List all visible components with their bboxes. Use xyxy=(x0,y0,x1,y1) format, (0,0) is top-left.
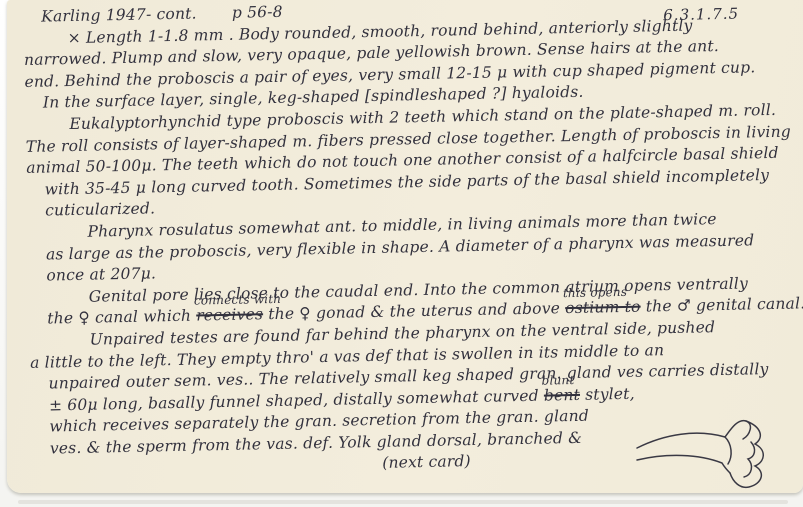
next-card-edge xyxy=(18,500,788,504)
inserted-text: connects with xyxy=(194,293,282,307)
index-card: 6.3.1.7.5 Karling 1947- cont. p 56-8 × L… xyxy=(7,0,803,493)
strikethrough-text: bent xyxy=(544,386,580,405)
index-number: 6.3.1.7.5 xyxy=(663,5,739,25)
edited-text: this opensostium to xyxy=(565,297,641,320)
stylet-sketch xyxy=(635,412,787,500)
inserted-text: this opens xyxy=(563,286,627,299)
scanned-index-card-page: 6.3.1.7.5 Karling 1947- cont. p 56-8 × L… xyxy=(0,0,803,507)
strikethrough-text: ostium to xyxy=(565,298,641,318)
text-segment: the ♀ canal which xyxy=(47,307,196,328)
text-segment: stylet, xyxy=(580,384,635,403)
text-segment: the ♂ genital canal. xyxy=(640,295,803,316)
edited-text: bluntbent xyxy=(544,385,581,407)
citation: Karling 1947- cont. xyxy=(21,4,197,26)
strikethrough-text: receives xyxy=(196,306,263,325)
page-reference: p 56-8 xyxy=(232,3,283,22)
edited-text: connects withreceives xyxy=(196,305,263,328)
inserted-text: blunt xyxy=(541,374,574,387)
text-segment: the ♀ gonad & the uterus and above xyxy=(263,299,565,323)
handwritten-text: 6.3.1.7.5 Karling 1947- cont. p 56-8 × L… xyxy=(21,0,803,482)
